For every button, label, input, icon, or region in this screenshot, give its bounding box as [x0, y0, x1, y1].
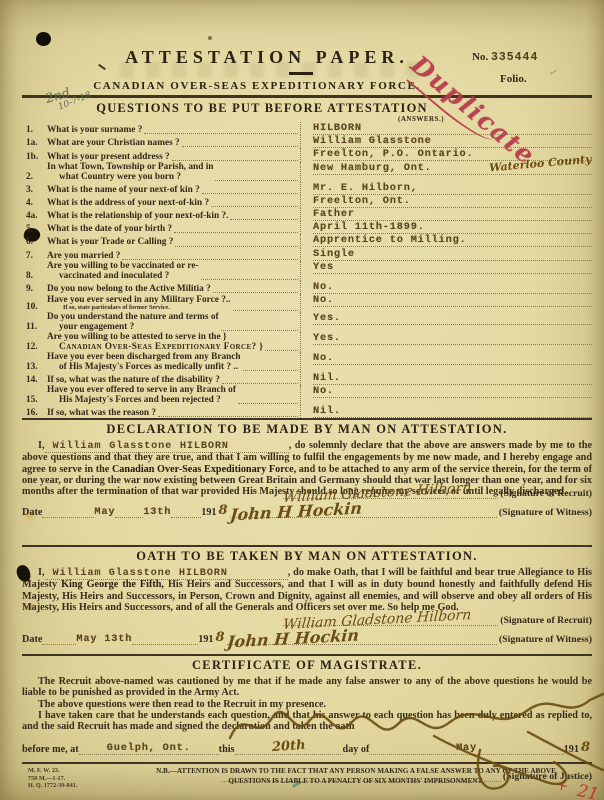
question-line: What is your present address ? — [47, 152, 170, 162]
dotted-leader — [230, 219, 298, 220]
answer-text: No. — [313, 294, 592, 307]
question-number: 4a. — [26, 211, 47, 221]
recruit-signature-line: William Gladstone Hilborn — [283, 625, 498, 626]
question-cell: 9.Do you now belong to the Active Militi… — [26, 281, 300, 294]
this-label: this — [219, 744, 235, 755]
oath-paragraph: I,William Glasstone HILBORN, do make Oat… — [22, 567, 592, 613]
question-row: 5.What is the date of your birth ? April… — [26, 221, 592, 234]
question-row: 14.If so, what was the nature of the dis… — [26, 372, 592, 385]
question-number: 14. — [26, 375, 47, 385]
question-line: Do you now belong to the Active Militia … — [47, 284, 211, 294]
answer-text: No. — [313, 352, 592, 365]
question-row: 15.Have you ever offered to serve in any… — [26, 385, 592, 405]
answer-text: HILBORN — [313, 122, 592, 135]
document-number: No. 335444 — [472, 51, 538, 64]
answer-cell: Nil. — [300, 372, 592, 385]
question-text: What are your Christian names ? — [47, 138, 180, 148]
witness-signature-label: (Signature of Witness) — [497, 634, 592, 645]
footer-row: M. F. W. 23. 750 M.—1-17. H. Q. 1772-39-… — [22, 767, 592, 790]
question-cell: 6.What is your Trade or Calling ? — [26, 234, 300, 247]
question-cell: 7.Are you married ? — [26, 248, 300, 261]
question-row: 7.Are you married ? Single — [26, 248, 592, 261]
question-line: What is your surname ? — [47, 125, 142, 135]
question-text: If so, what was the reason ? — [47, 408, 156, 418]
certificate-para1: The Recruit above-named was cautioned by… — [22, 676, 592, 699]
question-number: 7. — [26, 251, 47, 261]
title-underline — [289, 72, 313, 75]
answer-text: Yes — [313, 261, 592, 274]
question-row: 12.Are you willing to be attested to ser… — [26, 332, 592, 352]
nb-warning-line2: QUESTIONS IS LIABLE TO A PENALTY OF SIX … — [120, 777, 592, 787]
question-cell: 11.Do you understand the nature and term… — [26, 312, 300, 332]
dotted-leader — [175, 246, 298, 247]
punch-hole — [36, 32, 51, 46]
answer-cell: No. — [300, 294, 592, 312]
answer-cell: Single — [300, 248, 592, 261]
answer-text: Father — [313, 208, 592, 221]
dotted-leader — [213, 292, 298, 293]
questions-section: 1.What is your surname ? HILBORN 1a.What… — [26, 122, 592, 418]
year-written: 8 — [216, 630, 225, 645]
nb-warning: N.B.—ATTENTION IS DRAWN TO THE FACT THAT… — [120, 767, 592, 790]
answer-cell: Apprentice to Milling. — [300, 234, 592, 247]
dotted-fill — [42, 517, 94, 518]
month-typed: May — [456, 742, 477, 754]
question-text: What is the address of your next-of-kin … — [47, 198, 209, 208]
question-row: 6.What is your Trade or Calling ? Appren… — [26, 234, 592, 247]
question-cell: 13.Have you ever been discharged from an… — [26, 352, 300, 372]
question-text: What is the relationship of your next-of… — [47, 211, 228, 221]
question-text: What is your Trade or Calling ? — [47, 237, 173, 247]
dotted-leader — [215, 180, 298, 181]
dotted-leader — [144, 133, 298, 134]
oath-name-typed: William Glasstone HILBORN — [45, 567, 288, 580]
oath-body-bold: King George the Fifth, — [61, 579, 164, 590]
question-text: Do you now belong to the Active Militia … — [47, 284, 211, 294]
nb-warning-line1: N.B.—ATTENTION IS DRAWN TO THE FACT THAT… — [120, 767, 592, 777]
before-me-row: before me, at Guelph, Ont. this 20th day… — [22, 739, 592, 755]
question-line: Are you married ? — [47, 251, 120, 261]
date-day-typed: 13th — [143, 506, 171, 518]
question-number: 9. — [26, 284, 47, 294]
dotted-leader — [243, 370, 298, 371]
question-row: 2.In what Town, Township or Parish, and … — [26, 162, 592, 182]
question-text: Do you understand the nature and terms o… — [47, 312, 219, 332]
year-printed: 191 — [198, 634, 213, 645]
question-text: What is your present address ? — [47, 152, 170, 162]
question-text: Have you ever been discharged from any B… — [47, 352, 241, 372]
questions-heading: QUESTIONS TO BE PUT BEFORE ATTESTATION — [40, 101, 484, 116]
question-cell: 1.What is your surname ? — [26, 122, 300, 135]
question-number: 4. — [26, 198, 47, 208]
question-line: What is the date of your birth ? — [47, 224, 172, 234]
question-number: 1. — [26, 125, 47, 135]
answer-cell: William Glasstone — [300, 135, 592, 148]
witness-signature-label: (Signature of Witness) — [497, 507, 592, 518]
dotted-fill — [115, 517, 143, 518]
question-row: 9.Do you now belong to the Active Militi… — [26, 281, 592, 294]
question-cell: 15.Have you ever offered to serve in any… — [26, 385, 300, 405]
question-number: 1b. — [26, 152, 47, 162]
dotted-leader — [182, 146, 298, 147]
dotted-leader — [174, 232, 298, 233]
question-row: 16.If so, what was the reason ? Nil. — [26, 405, 592, 418]
oath-intro: I, — [22, 567, 45, 578]
question-cell: 1b.What is your present address ? — [26, 148, 300, 161]
year-printed: 191 — [564, 744, 579, 755]
question-number: 2. — [26, 172, 47, 182]
question-line: In what Town, Township or Parish, and in — [47, 162, 213, 172]
question-line: Have you ever been discharged from any B… — [47, 352, 241, 362]
oath-section: OATH TO BE TAKEN BY MAN ON ATTESTATION. … — [22, 549, 592, 645]
question-text: Have you ever offered to serve in any Br… — [47, 385, 236, 405]
day-handwritten: 20th — [271, 738, 306, 755]
question-line: What is the relationship of your next-of… — [47, 211, 228, 221]
dotted-leader — [122, 259, 298, 260]
certificate-para3: I have taken care that he understands ea… — [22, 710, 592, 733]
question-row: 11.Do you understand the nature and term… — [26, 312, 592, 332]
certificate-heading: CERTIFICATE OF MAGISTRATE. — [22, 658, 592, 673]
question-line: What is the name of your next-of kin ? — [47, 185, 200, 195]
question-cell: 8.Are you willing to be vaccinated or re… — [26, 261, 300, 281]
answer-text: Mr. E. Hilborn, — [313, 182, 592, 195]
form-ref-line3: H. Q. 1772-39-841. — [28, 782, 120, 790]
oath-date-row: Date May 13th 191 8 John H Hockin (Signa… — [22, 630, 592, 645]
recruit-signature-row: William Gladstone Hilborn (Signature of … — [22, 615, 592, 626]
year-written: 8 — [581, 740, 590, 755]
answer-cell: HILBORN — [300, 122, 592, 135]
question-number: 8. — [26, 271, 47, 281]
question-text: Are you married ? — [47, 251, 120, 261]
question-cell: 16.If so, what was the reason ? — [26, 405, 300, 418]
answer-text: Nil. — [313, 405, 592, 418]
question-number: 6. — [26, 237, 47, 247]
form-ref-line2: 750 M.—1-17. — [28, 775, 120, 783]
question-text: Have you ever served in any Military For… — [47, 295, 231, 312]
question-row: 3.What is the name of your next-of kin ?… — [26, 182, 592, 195]
no-label: No. — [472, 51, 488, 63]
witness-signature: John H Hockin — [226, 626, 360, 652]
question-line: What is the address of your next-of-kin … — [47, 198, 209, 208]
question-line: If so, what was the nature of the disabi… — [47, 375, 220, 385]
place-line: Guelph, Ont. — [79, 742, 219, 755]
dotted-leader — [211, 206, 298, 207]
question-cell: 2.In what Town, Township or Parish, and … — [26, 162, 300, 182]
section-rule — [22, 654, 592, 656]
attestation-paper-scan: ATTESTATION PAPER. No. 335444 Folio. CAN… — [0, 0, 604, 800]
oath-heading: OATH TO BE TAKEN BY MAN ON ATTESTATION. — [22, 549, 592, 564]
day-line: 20th — [235, 739, 343, 755]
answer-cell: No. — [300, 352, 592, 372]
question-text: In what Town, Township or Parish, and in… — [47, 162, 213, 182]
answer-text: William Glasstone — [313, 135, 592, 148]
dotted-leader — [222, 383, 298, 384]
before-me-label: before me, at — [22, 744, 79, 755]
answer-cell: Freelton, Ont. — [300, 195, 592, 208]
witness-signature-line: John H Hockin — [227, 644, 497, 645]
declaration-body-bold: Canadian Over-Seas Expeditionary Force, — [112, 464, 296, 475]
question-line: of His Majesty's Forces as medically unf… — [47, 362, 241, 372]
dotted-leader — [202, 193, 298, 194]
ink-speck — [208, 36, 212, 40]
answer-cell: Father — [300, 208, 592, 221]
question-cell: 3.What is the name of your next-of kin ? — [26, 182, 300, 195]
dotted-fill — [171, 517, 201, 518]
question-number: 16. — [26, 408, 47, 418]
question-line: vaccinated and inoculated ? — [47, 271, 199, 281]
answer-text: Single — [313, 248, 592, 261]
dotted-leader — [221, 330, 298, 331]
answer-text: Freelton, Ont. — [313, 195, 592, 208]
question-row: 8.Are you willing to be vaccinated or re… — [26, 261, 592, 281]
recruit-signature-label: (Signature of Recruit) — [498, 488, 592, 499]
question-cell: 4a.What is the relationship of your next… — [26, 208, 300, 221]
form-reference: M. F. W. 23. 750 M.—1-17. H. Q. 1772-39-… — [22, 767, 120, 790]
date-label: Date — [22, 507, 42, 518]
question-line: your engagement ? — [47, 322, 219, 332]
no-value: 335444 — [491, 51, 538, 64]
question-text: What is the date of your birth ? — [47, 224, 172, 234]
answer-text: No. — [313, 281, 592, 294]
answer-text: Apprentice to Milling. — [313, 234, 592, 247]
date-label: Date — [22, 634, 42, 645]
answer-text: Nil. — [313, 372, 592, 385]
section-rule — [22, 418, 592, 420]
month-line: May — [369, 742, 563, 755]
red-pencil-mark-number: 21 — [575, 781, 600, 800]
question-line: Are you willing to be vaccinated or re- — [47, 261, 199, 271]
question-number: 1a. — [26, 138, 47, 148]
question-row: 1a.What are your Christian names ? Willi… — [26, 135, 592, 148]
dotted-leader — [238, 403, 298, 404]
dotted-leader — [201, 279, 298, 280]
question-row: 4a.What is the relationship of your next… — [26, 208, 592, 221]
question-line: His Majesty's Forces and been rejected ? — [47, 395, 236, 405]
declaration-name-typed: William Glasstone HILBORN — [45, 440, 289, 453]
check-mark: ✓ — [547, 65, 559, 80]
question-line: Have you ever offered to serve in any Br… — [47, 385, 236, 395]
answer-cell: New Hamburg, Ont.Waterloo County — [300, 162, 592, 182]
question-cell: 10.Have you ever served in any Military … — [26, 294, 300, 312]
question-row: 10.Have you ever served in any Military … — [26, 294, 592, 312]
question-number: 3. — [26, 185, 47, 195]
answer-text: No. — [313, 385, 592, 398]
certificate-para2: The above questions were then read to th… — [22, 699, 592, 710]
year-written: 8 — [219, 503, 228, 518]
recruit-signature-row: William Gladstone Hilborn (Signature of … — [22, 488, 592, 499]
declaration-heading: DECLARATION TO BE MADE BY MAN ON ATTESTA… — [22, 422, 592, 437]
day-of-label: day of — [343, 744, 370, 755]
section-rule — [22, 545, 592, 547]
question-text: Are you willing to be vaccinated or re-v… — [47, 261, 199, 281]
question-text: What is your surname ? — [47, 125, 142, 135]
question-cell: 12.Are you willing to be attested to ser… — [26, 332, 300, 352]
date-month-typed: May — [94, 506, 115, 518]
question-cell: 4.What is the address of your next-of-ki… — [26, 195, 300, 208]
question-text: What is the name of your next-of kin ? — [47, 185, 200, 195]
answer-cell: Nil. — [300, 405, 592, 418]
question-row: 13.Have you ever been discharged from an… — [26, 352, 592, 372]
question-cell: 5.What is the date of your birth ? — [26, 221, 300, 234]
question-number: 11. — [26, 322, 47, 332]
question-line: Are you willing to be attested to serve … — [47, 332, 263, 342]
dotted-leader — [233, 310, 299, 311]
footer: M. F. W. 23. 750 M.—1-17. H. Q. 1772-39-… — [22, 762, 592, 790]
answer-cell: No. — [300, 385, 592, 405]
question-line: what Country were you born ? — [47, 172, 213, 182]
header-rule — [22, 95, 592, 98]
question-number: 5. — [26, 224, 47, 234]
question-number: 12. — [26, 342, 47, 352]
dotted-leader — [265, 350, 298, 351]
answer-cell: Mr. E. Hilborn, — [300, 182, 592, 195]
answer-text: Yes. — [313, 332, 592, 345]
footer-rule — [22, 762, 592, 764]
question-line: Do you understand the nature and terms o… — [47, 312, 219, 322]
place-typed: Guelph, Ont. — [107, 742, 191, 754]
page-title: ATTESTATION PAPER. — [0, 47, 534, 68]
question-text: If so, what was the nature of the disabi… — [47, 375, 220, 385]
question-line: What are your Christian names ? — [47, 138, 180, 148]
question-number: 13. — [26, 362, 47, 372]
question-number: 10. — [26, 302, 47, 312]
recruit-signature-line: William Gladstone Hilborn — [283, 498, 498, 499]
question-cell: 1a.What are your Christian names ? — [26, 135, 300, 148]
question-text: Are you willing to be attested to serve … — [47, 332, 263, 352]
dotted-fill — [42, 644, 76, 645]
answer-cell: Yes — [300, 261, 592, 281]
question-line: What is your Trade or Calling ? — [47, 237, 173, 247]
answer-text: April 11th-1899. — [313, 221, 592, 234]
witness-signature-line: John H Hockin — [230, 517, 497, 518]
answer-cell: Yes. — [300, 332, 592, 352]
question-row: 4.What is the address of your next-of-ki… — [26, 195, 592, 208]
question-line: Canadian Over-Seas Expeditionary Force? … — [47, 342, 263, 352]
answer-cell: Yes. — [300, 312, 592, 332]
question-number: 15. — [26, 395, 47, 405]
question-line: If so, what was the reason ? — [47, 408, 156, 418]
witness-signature: John H Hockin — [229, 499, 363, 525]
declaration-date-row: Date May 13th 191 8 John H Hockin (Signa… — [22, 503, 592, 518]
answer-cell: No. — [300, 281, 592, 294]
answer-text: Yes. — [313, 312, 592, 325]
declaration-section: DECLARATION TO BE MADE BY MAN ON ATTESTA… — [22, 422, 592, 518]
recruit-signature-label: (Signature of Recruit) — [498, 615, 592, 626]
date-typed: May 13th — [76, 633, 132, 645]
form-ref-line1: M. F. W. 23. — [28, 767, 120, 775]
red-pencil-mark-plus: + — [554, 775, 571, 796]
declaration-intro: I, — [22, 440, 45, 451]
question-row: 1.What is your surname ? HILBORN — [26, 122, 592, 135]
question-cell: 14.If so, what was the nature of the dis… — [26, 372, 300, 385]
dotted-fill — [132, 644, 198, 645]
dotted-leader — [172, 160, 298, 161]
answer-cell: April 11th-1899. — [300, 221, 592, 234]
year-printed: 191 — [201, 507, 216, 518]
